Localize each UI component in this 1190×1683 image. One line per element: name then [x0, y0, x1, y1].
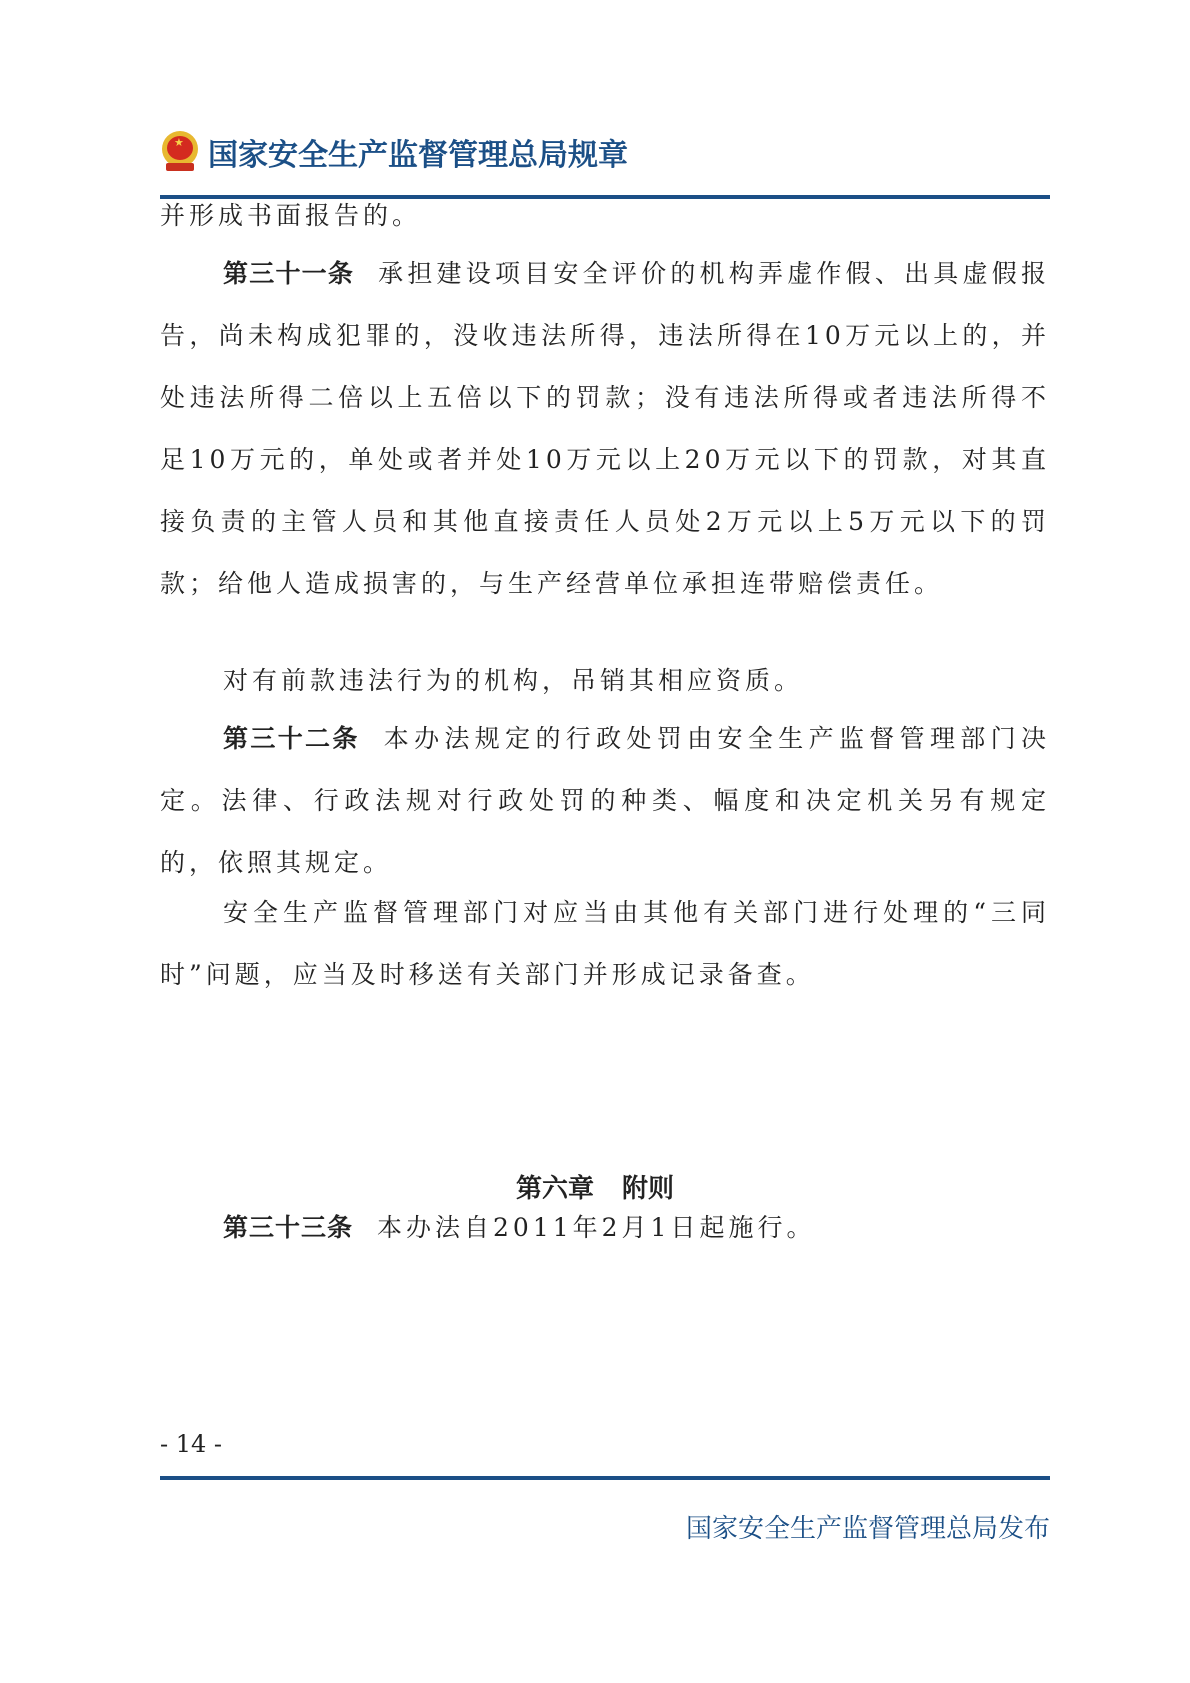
- national-emblem-icon: ★: [160, 131, 200, 173]
- article-33: 第三十三条本办法自2011年2月1日起施行。: [160, 1197, 1050, 1259]
- paragraph: 对有前款违法行为的机构，吊销其相应资质。: [160, 650, 1050, 712]
- article-label: 第三十二条: [223, 724, 360, 753]
- article-label: 第三十三条: [223, 1213, 353, 1242]
- article-label: 第三十一条: [223, 259, 354, 288]
- header-title: 国家安全生产监督管理总局规章: [208, 130, 628, 174]
- paragraph-continuation: 并形成书面报告的。: [160, 185, 1050, 247]
- page-header: ★ 国家安全生产监督管理总局规章: [160, 130, 628, 174]
- paragraph: 安全生产监督管理部门对应当由其他有关部门进行处理的“三同时”问题，应当及时移送有…: [160, 882, 1050, 1006]
- article-text: 承担建设项目安全评价的机构弄虚作假、出具虚假报告，尚未构成犯罪的，没收违法所得，…: [160, 259, 1050, 598]
- article-32: 第三十二条本办法规定的行政处罚由安全生产监督管理部门决定。法律、行政法规对行政处…: [160, 708, 1050, 894]
- page-number: - 14 -: [160, 1430, 222, 1458]
- footer-divider: [160, 1476, 1050, 1480]
- article-text: 本办法自2011年2月1日起施行。: [377, 1213, 815, 1242]
- footer-publisher: 国家安全生产监督管理总局发布: [686, 1508, 1050, 1545]
- article-31: 第三十一条承担建设项目安全评价的机构弄虚作假、出具虚假报告，尚未构成犯罪的，没收…: [160, 243, 1050, 615]
